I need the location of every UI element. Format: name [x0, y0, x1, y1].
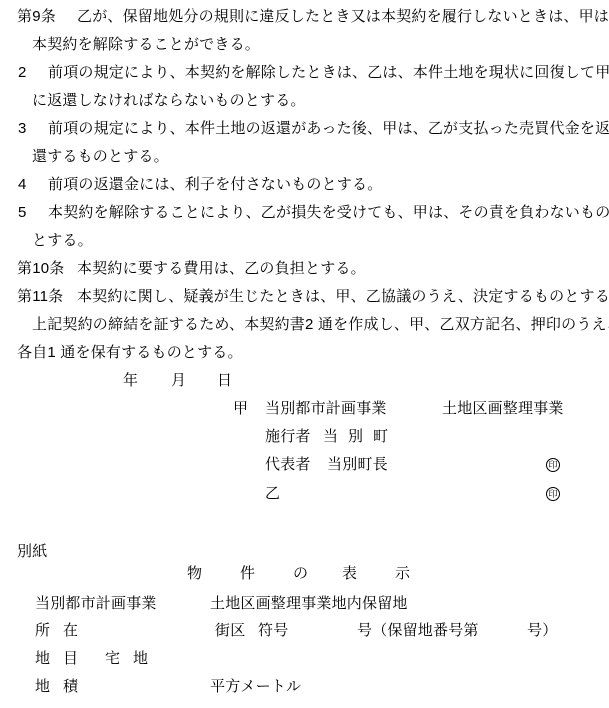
article9-line1-text: 第9条 [17, 8, 56, 25]
article9-line1-text: 乙が、保留地処分の規則に違反したとき又は本契約を履行しないときは、甲は [77, 8, 609, 25]
party-otsu-line: 乙印 [0, 485, 609, 502]
article9-para4-text: 4 [18, 176, 27, 193]
attachment-label-text: 別紙 [17, 543, 47, 560]
article11-text: 本契約に関し、疑義が生じたときは、甲、乙協議のうえ、決定するものとする。 [77, 288, 609, 305]
party-kou-representative-line: 代表者当別町長印 [0, 456, 609, 473]
article10: 第10条本契約に要する費用は、乙の負担とする。 [0, 260, 609, 277]
article9-para2-line2-text: に返還しなければならないものとする。 [32, 92, 306, 109]
party-kou-executor-line-text: 町 [373, 428, 388, 445]
article9-para3-line1-text: 前項の規定により、本件土地の返還があった後、甲は、乙が支払った売買代金を返 [48, 120, 609, 137]
party-kou-line: 甲当別都市計画事業土地区画整理事業 [0, 400, 609, 417]
party-kou-line-text: 当別都市計画事業 [265, 400, 387, 417]
article9-para2-line1-text: 前項の規定により、本契約を解除したときは、乙は、本件土地を現状に回復して甲 [48, 64, 609, 81]
article9-para4: 4前項の返還金には、利子を付さないものとする。 [0, 176, 609, 193]
attachment-title-text: 物 [187, 565, 202, 582]
article10-text: 本契約に要する費用は、乙の負担とする。 [77, 260, 366, 277]
attachment-landuse-line-text: 目 [63, 650, 78, 667]
article9-para5-line2: とする。 [0, 232, 609, 249]
closing-line1-text: 上記契約の締結を証するため、本契約書2 通を作成し、甲、乙双方記名、押印のうえ、 [32, 316, 609, 333]
article11: 第11条本契約に関し、疑義が生じたときは、甲、乙協議のうえ、決定するものとする。 [0, 288, 609, 305]
article9-para5-line1: 5本契約を解除することにより、乙が損失を受けても、甲は、その責を負わないもの [0, 204, 609, 221]
closing-line2: 各自1 通を保有するものとする。 [0, 344, 609, 361]
attachment-location-line-text: 号（保留地番号第 [357, 622, 479, 639]
article9-para2-line2: に返還しなければならないものとする。 [0, 92, 609, 109]
article9-para5-line2-text: とする。 [32, 232, 93, 249]
attachment-area-line-text: 平方メートル [210, 678, 301, 695]
article9-para3-line1-text: 3 [18, 120, 27, 137]
article9-para2-line1-text: 2 [18, 64, 27, 81]
article9-para4-text: 前項の返還金には、利子を付さないものとする。 [48, 176, 382, 193]
closing-line1: 上記契約の締結を証するため、本契約書2 通を作成し、甲、乙双方記名、押印のうえ、 [0, 316, 609, 333]
attachment-title-text: 表 [342, 565, 357, 582]
article9-para5-line1-text: 5 [18, 204, 27, 221]
article9-para3-line2-text: 還するものとする。 [32, 148, 169, 165]
article9-line2-text: 本契約を解除することができる。 [32, 36, 260, 53]
article9-line2: 本契約を解除することができる。 [0, 36, 609, 53]
article9-para3-line2: 還するものとする。 [0, 148, 609, 165]
attachment-landuse-line-text: 地 [133, 650, 148, 667]
seal-icon: 印 [546, 487, 560, 501]
article9-line1: 第9条乙が、保留地処分の規則に違反したとき又は本契約を履行しないときは、甲は [0, 8, 609, 25]
party-kou-line-text: 甲 [233, 400, 248, 417]
attachment-title-text: 示 [395, 565, 410, 582]
attachment-title-text: の [293, 565, 308, 582]
attachment-project-line: 当別都市計画事業土地区画整理事業地内保留地 [0, 595, 609, 612]
date-line: 年月日 [0, 372, 609, 389]
party-otsu-line-text: 乙 [265, 485, 280, 502]
party-kou-representative-line-text: 当別町長 [327, 456, 388, 473]
attachment-title: 物件の表示 [0, 565, 609, 582]
closing-line2-text: 各自1 通を保有するものとする。 [17, 344, 243, 361]
attachment-label: 別紙 [0, 543, 609, 560]
attachment-area-line-text: 積 [63, 678, 78, 695]
party-kou-executor-line: 施行者当別町 [0, 428, 609, 445]
attachment-project-line-text: 土地区画整理事業地内保留地 [210, 595, 408, 612]
attachment-location-line: 所在街区符号号（保留地番号第号） [0, 622, 609, 639]
party-kou-line-text: 土地区画整理事業 [442, 400, 564, 417]
party-kou-representative-line-text: 代表者 [265, 456, 311, 473]
article9-para5-line1-text: 本契約を解除することにより、乙が損失を受けても、甲は、その責を負わないもの [48, 204, 609, 221]
attachment-location-line-text: 街区 [215, 622, 245, 639]
attachment-location-line-text: 在 [63, 622, 78, 639]
date-line-text: 月 [171, 372, 186, 389]
contract-document-page: 第9条乙が、保留地処分の規則に違反したとき又は本契約を履行しないときは、甲は本契… [0, 0, 609, 708]
date-line-text: 年 [123, 372, 138, 389]
article9-para2-line1: 2前項の規定により、本契約を解除したときは、乙は、本件土地を現状に回復して甲 [0, 64, 609, 81]
article10-text: 第10条 [17, 260, 65, 277]
attachment-landuse-line-text: 宅 [105, 650, 120, 667]
attachment-area-line: 地積平方メートル [0, 678, 609, 695]
attachment-location-line-text: 号） [527, 622, 557, 639]
date-line-text: 日 [217, 372, 232, 389]
party-kou-executor-line-text: 別 [348, 428, 363, 445]
attachment-landuse-line-text: 地 [35, 650, 50, 667]
attachment-area-line-text: 地 [35, 678, 50, 695]
article9-para3-line1: 3前項の規定により、本件土地の返還があった後、甲は、乙が支払った売買代金を返 [0, 120, 609, 137]
seal-icon: 印 [546, 458, 560, 472]
attachment-title-text: 件 [240, 565, 255, 582]
party-kou-executor-line-text: 当 [323, 428, 338, 445]
attachment-project-line-text: 当別都市計画事業 [35, 595, 157, 612]
attachment-location-line-text: 所 [35, 622, 50, 639]
article11-text: 第11条 [17, 288, 63, 305]
attachment-landuse-line: 地目宅地 [0, 650, 609, 667]
party-kou-executor-line-text: 施行者 [265, 428, 311, 445]
attachment-location-line-text: 符号 [258, 622, 288, 639]
